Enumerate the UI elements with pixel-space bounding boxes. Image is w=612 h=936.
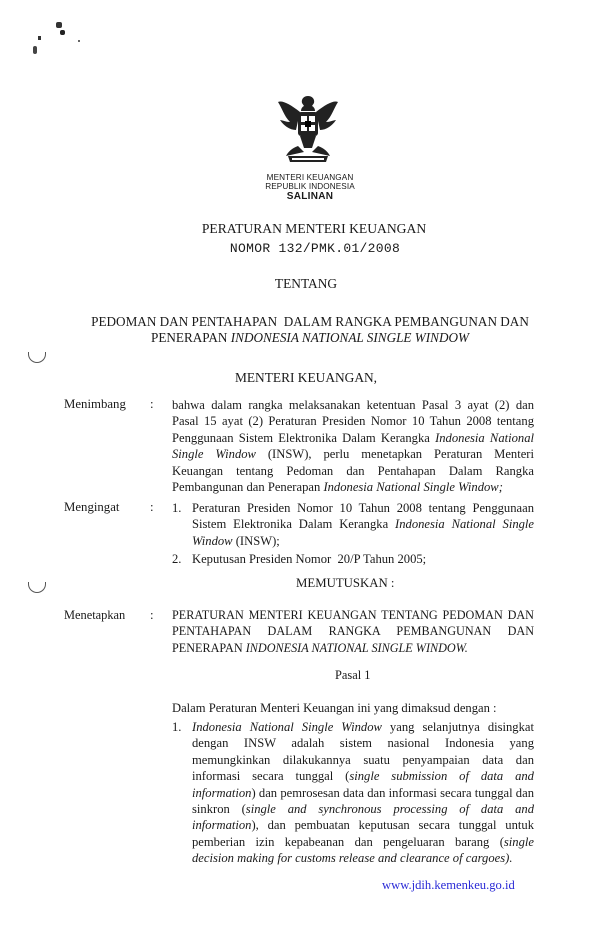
scan-speckle <box>33 46 37 54</box>
scan-speckle <box>56 22 62 28</box>
salinan-stamp: SALINAN <box>250 191 370 202</box>
pasal-1-intro: Dalam Peraturan Menteri Keuangan ini yan… <box>172 700 497 716</box>
pasal-1-heading: Pasal 1 <box>335 668 370 683</box>
punch-hole-mark <box>28 352 46 363</box>
subject-line2-italic: INDONESIA NATIONAL SINGLE WINDOW <box>231 330 469 345</box>
mengingat-item-1: Peraturan Presiden Nomor 10 Tahun 2008 t… <box>192 500 534 549</box>
mengingat-label: Mengingat <box>64 500 119 515</box>
subject-line2-prefix: PENERAPAN <box>151 330 231 345</box>
garuda-emblem-icon <box>276 90 340 168</box>
pasal-1-item-num-1: 1. <box>172 719 181 735</box>
website-link[interactable]: www.jdih.kemenkeu.go.id <box>382 878 515 893</box>
issuer-heading: MENTERI KEUANGAN, <box>0 370 612 386</box>
pasal-1-item-1: Indonesia National Single Window yang se… <box>192 719 534 867</box>
scan-speckle <box>60 30 65 35</box>
menetapkan-text: PERATURAN MENTERI KEUANGAN TENTANG PEDOM… <box>172 607 534 656</box>
tentang-heading: TENTANG <box>0 276 612 292</box>
mengingat-item-num-2: 2. <box>172 551 181 567</box>
subject-line2: PENERAPAN INDONESIA NATIONAL SINGLE WIND… <box>60 330 560 346</box>
menimbang-text: bahwa dalam rangka melaksanakan ketentua… <box>172 397 534 495</box>
mengingat-item-2: Keputusan Presiden Nomor 20/P Tahun 2005… <box>192 551 426 567</box>
menetapkan-colon: : <box>150 608 154 623</box>
subject-line1: PEDOMAN DAN PENTAHAPAN DALAM RANGKA PEMB… <box>60 314 560 330</box>
regulation-title: PERATURAN MENTERI KEUANGAN <box>0 221 612 237</box>
scan-speckle <box>38 36 41 40</box>
menimbang-colon: : <box>150 397 154 412</box>
memutuskan-heading: MEMUTUSKAN : <box>296 576 394 591</box>
punch-hole-mark <box>28 582 46 593</box>
menimbang-label: Menimbang <box>64 397 126 412</box>
menetapkan-label: Menetapkan <box>64 608 125 623</box>
mengingat-item-num-1: 1. <box>172 500 181 516</box>
mengingat-colon: : <box>150 500 154 515</box>
scan-speckle <box>78 40 80 42</box>
regulation-number: NOMOR 132/PMK.01/2008 <box>0 241 612 256</box>
